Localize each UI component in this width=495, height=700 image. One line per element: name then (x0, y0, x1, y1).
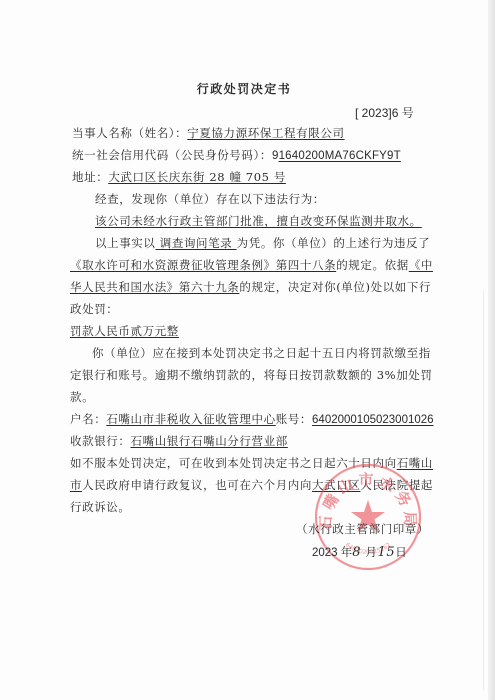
findings-intro: 经查，发现你（单位）存在以下违法行为： (95, 192, 325, 206)
date-day-unit: 日 (395, 545, 407, 559)
bank-row: 收款银行：石嘴山银行石嘴山分行营业部 (70, 434, 288, 448)
law-name-end: 华人民共和国水法》第六十九条 (70, 280, 239, 294)
address-label: 地址： (72, 170, 108, 184)
law-name-start: 《中 (409, 258, 433, 272)
party-label: 当事人名称（姓名）： (72, 126, 187, 140)
penalty-value: 罚款人民币贰万元整 (70, 324, 179, 338)
evidence-value: 调查询问笔录 (156, 236, 237, 250)
account-number-label: 账号： (276, 412, 312, 426)
account-row: 户名：石嘴山市非税收入征收管理中心账号：6402000105023001026 (70, 412, 434, 427)
law-line: 华人民共和国水法》第六十九条的规定，决定对你(单位)处以如下行 (70, 280, 431, 294)
payment-line-2: 定银行和账号。逾期不缴纳罚款的，将每日按罚款数额的 3%加处罚 (70, 368, 433, 382)
credit-code-row: 统一社会信用代码（公民身份号码）：91640200MA76CKFY9T (72, 148, 401, 163)
credit-code-label: 统一社会信用代码（公民身份号码）： (72, 148, 272, 162)
evidence-pre: 以上事实以 (95, 236, 156, 250)
bank-label: 收款银行： (70, 434, 131, 448)
document-page: 行政处罚决定书 [ 2023]6 号 当事人名称（姓名）：宁夏協力源环保工程有限… (0, 0, 488, 700)
date-day: 15 (378, 545, 396, 560)
violation-text: 该公司未经水行政主管部门批准，擅自改变环保监测井取水。 (95, 214, 422, 228)
credit-code-prefix: 9 (272, 150, 279, 162)
account-number-value: 6402000105023001026 (312, 414, 434, 426)
address-value: 大武口区长庆东街 28 幢 705 号 (108, 170, 286, 184)
decision-date: 2023 年8 月15日 (312, 545, 407, 560)
party-row: 当事人名称（姓名）：宁夏協力源环保工程有限公司 (72, 126, 345, 140)
document-number: [ 2023]6 号 (355, 106, 414, 120)
date-year: 2023 年 (312, 547, 352, 559)
scan-edge-line (483, 290, 484, 690)
regulation-line: 《取水许可和水资源费征收管理条例》第四十八条的规定。依据《中 (70, 258, 433, 272)
appeal-line-2-mid: 人民政府申请行政复议，也可在六个月内向 (82, 478, 312, 492)
seal-note: （水行政主管部门印章） (296, 522, 429, 536)
date-month: 8 (352, 545, 361, 560)
law-post: 的规定，决定对你(单位)处以如下行 (239, 280, 431, 294)
document-title: 行政处罚决定书 (0, 80, 488, 97)
payment-line-1: 你（单位）应在接到本处罚决定书之日起十五日内将罚款缴至指 (92, 346, 431, 360)
party-name: 宁夏協力源环保工程有限公司 (187, 126, 344, 140)
appeal-gov-end: 市 (70, 478, 82, 492)
payment-line-3: 款。 (70, 390, 94, 404)
appeal-line-3: 行政诉讼。 (70, 500, 131, 514)
regulation-post: 的规定。依据 (336, 258, 409, 272)
evidence-post: 为凭。你（单位）的上述行为违反了 (237, 236, 431, 250)
date-month-unit: 月 (361, 545, 377, 559)
penalty-intro-end: 政处罚： (70, 302, 118, 316)
address-row: 地址：大武口区长庆东街 28 幢 705 号 (72, 170, 286, 184)
page-right-edge (488, 0, 495, 700)
account-name-label: 户名： (70, 412, 106, 426)
evidence-line: 以上事实以 调查询问笔录 为凭。你（单位）的上述行为违反了 (95, 236, 430, 250)
account-name-value: 石嘴山市非税收入征收管理中心 (106, 412, 275, 426)
regulation-name: 《取水许可和水资源费征收管理条例》第四十八条 (70, 258, 336, 272)
credit-code-value: 1640200MA76CKFY9T (279, 150, 401, 162)
bank-value: 石嘴山银行石嘴山分行营业部 (131, 434, 288, 448)
